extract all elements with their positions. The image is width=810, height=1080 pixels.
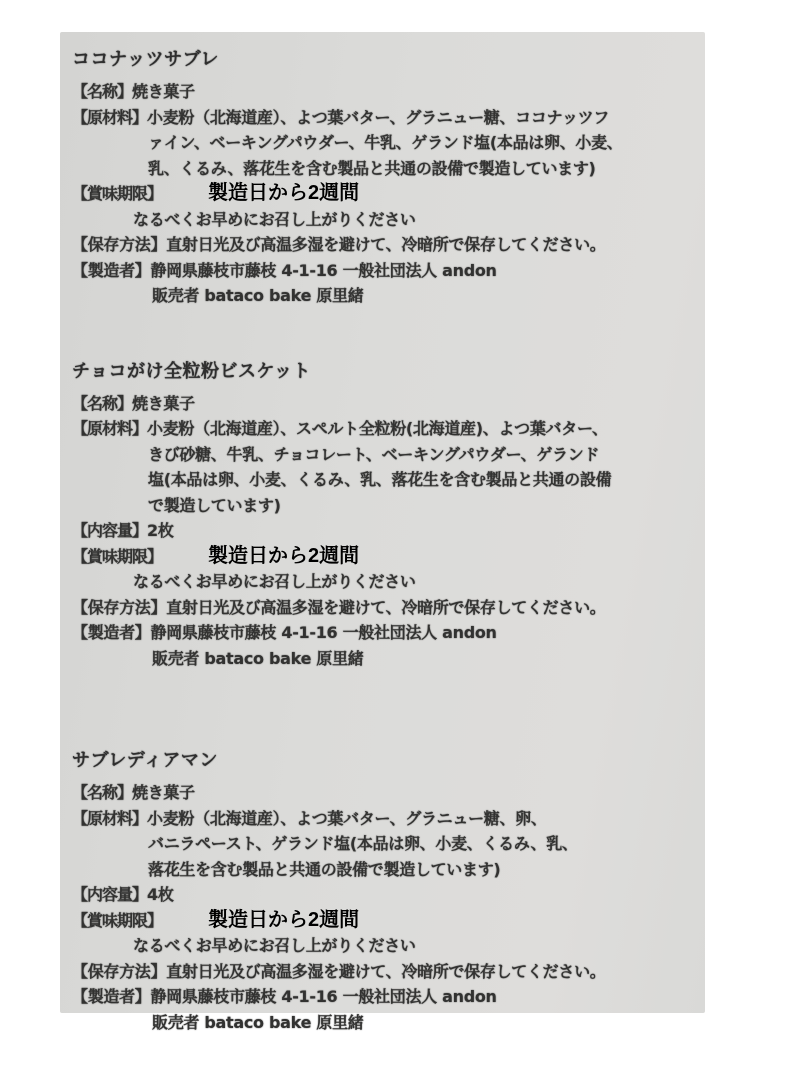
name-row: 【名称】焼き菓子 [72,391,687,417]
ingredients-line: 小麦粉（北海道産）、よつ葉バター、グラニュー糖、ココナッツフ [147,108,609,127]
product-section-sable-diamant: サブレディアマン 【名称】焼き菓子 【原材料】小麦粉（北海道産）、よつ葉バター、… [72,748,687,1035]
ingredients-label: 【原材料】 [72,809,147,828]
expiry-overlay-text: 製造日から2週間 [208,181,359,207]
name-label: 【名称】 [72,394,132,413]
ingredients-line: きび砂糖、牛乳、チョコレート、ベーキングパウダー、ゲランド [72,442,687,468]
product-title: ココナッツサブレ [72,47,687,73]
paper-sheet: ココナッツサブレ 【名称】焼き菓子 【原材料】小麦粉（北海道産）、よつ葉バター、… [60,32,705,1013]
name-label: 【名称】 [72,783,132,802]
name-value: 焼き菓子 [132,82,195,101]
seller-row: 販売者 bataco bake 原里緒 [72,646,687,672]
name-value: 焼き菓子 [132,394,195,413]
expiry-row: 【賞味期限】製造日から2週間 [72,544,687,570]
name-row: 【名称】焼き菓子 [72,79,687,105]
expiry-label: 【賞味期限】 [72,908,162,934]
ingredients-label: 【原材料】 [72,108,147,127]
expiry-overlay-text: 製造日から2週間 [208,544,359,570]
volume-label: 【内容量】 [72,885,147,904]
ingredients-row: 【原材料】小麦粉（北海道産）、よつ葉バター、グラニュー糖、卵、 [72,806,687,832]
seller-row: 販売者 bataco bake 原里緒 [72,283,687,309]
volume-row: 【内容量】4枚 [72,882,687,908]
ingredients-line: ァイン、ベーキングパウダー、牛乳、ゲランド塩(本品は卵、小麦、 [72,130,687,156]
expiry-row: 【賞味期限】製造日から2週間 [72,908,687,934]
ingredients-row: 【原材料】小麦粉（北海道産）、スペルト全粒粉(北海道産)、よつ葉バター、 [72,416,687,442]
product-section-coconut-sable: ココナッツサブレ 【名称】焼き菓子 【原材料】小麦粉（北海道産）、よつ葉バター、… [72,47,687,309]
ingredients-row: 【原材料】小麦粉（北海道産）、よつ葉バター、グラニュー糖、ココナッツフ [72,105,687,131]
expiry-label: 【賞味期限】 [72,544,162,570]
volume-label: 【内容量】 [72,521,147,540]
volume-value: 2枚 [147,521,174,540]
ingredients-line: 乳、くるみ、落花生を含む製品と共通の設備で製造しています) [72,156,687,182]
storage-row: 【保存方法】直射日光及び高温多湿を避けて、冷暗所で保存してください。 [72,959,687,985]
ingredients-line: バニラペースト、ゲランド塩(本品は卵、小麦、くるみ、乳、 [72,831,687,857]
consume-note: なるべくお早めにお召し上がりください [72,207,687,233]
storage-row: 【保存方法】直射日光及び高温多湿を避けて、冷暗所で保存してください。 [72,595,687,621]
volume-row: 【内容量】2枚 [72,518,687,544]
name-label: 【名称】 [72,82,132,101]
consume-note: なるべくお早めにお召し上がりください [72,569,687,595]
expiry-label: 【賞味期限】 [72,181,162,207]
name-value: 焼き菓子 [132,783,195,802]
ingredients-line: 小麦粉（北海道産）、よつ葉バター、グラニュー糖、卵、 [147,809,547,828]
storage-row: 【保存方法】直射日光及び高温多湿を避けて、冷暗所で保存してください。 [72,232,687,258]
ingredients-line: で製造しています) [72,493,687,519]
expiry-overlay-text: 製造日から2週間 [208,908,359,934]
ingredients-line: 小麦粉（北海道産）、スペルト全粒粉(北海道産)、よつ葉バター、 [147,419,608,438]
ingredients-line: 塩(本品は卵、小麦、くるみ、乳、落花生を含む製品と共通の設備 [72,467,687,493]
consume-note: なるべくお早めにお召し上がりください [72,933,687,959]
photo-of-label-sheet: ココナッツサブレ 【名称】焼き菓子 【原材料】小麦粉（北海道産）、よつ葉バター、… [0,0,810,1080]
ingredients-line: 落花生を含む製品と共通の設備で製造しています) [72,857,687,883]
product-title: チョコがけ全粒粉ビスケット [72,359,687,385]
ingredients-label: 【原材料】 [72,419,147,438]
product-section-choco-biscuit: チョコがけ全粒粉ビスケット 【名称】焼き菓子 【原材料】小麦粉（北海道産）、スペ… [72,359,687,672]
name-row: 【名称】焼き菓子 [72,780,687,806]
maker-row: 【製造者】静岡県藤枝市藤枝 4-1-16 一般社団法人 andon [72,258,687,284]
expiry-row: 【賞味期限】製造日から2週間 [72,181,687,207]
seller-row: 販売者 bataco bake 原里緒 [72,1010,687,1036]
maker-row: 【製造者】静岡県藤枝市藤枝 4-1-16 一般社団法人 andon [72,984,687,1010]
product-title: サブレディアマン [72,748,687,774]
maker-row: 【製造者】静岡県藤枝市藤枝 4-1-16 一般社団法人 andon [72,620,687,646]
volume-value: 4枚 [147,885,174,904]
